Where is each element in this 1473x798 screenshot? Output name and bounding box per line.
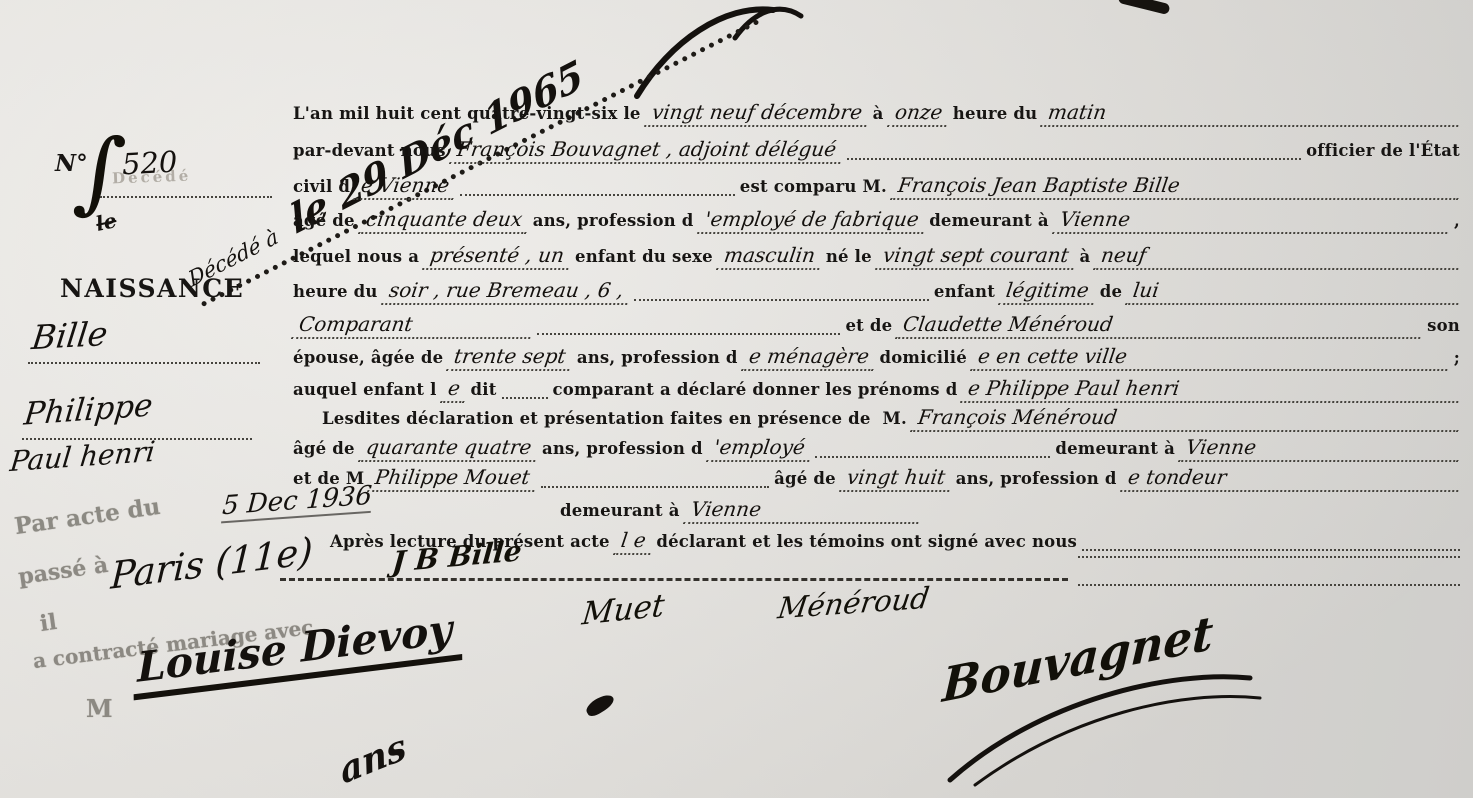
blank-fill xyxy=(541,472,769,488)
printed-text: son xyxy=(1427,316,1460,335)
act-line-5: lequel nous a présenté , un enfant du se… xyxy=(293,243,1460,270)
entry-witness1-age: quarante quatre xyxy=(358,435,539,462)
act-line-13: demeurant à Vienne xyxy=(560,497,920,524)
printed-text: et de M xyxy=(293,469,364,488)
printed-text: enfant xyxy=(934,282,995,301)
act-line-9: auquel enfant l e dit comparant a déclar… xyxy=(293,376,1460,403)
printed-text: civil d xyxy=(293,177,350,196)
printed-text: Lesdites déclaration et présentation fai… xyxy=(322,409,907,428)
act-line-12: et de M Philippe Mouet âgé de vingt huit… xyxy=(293,465,1460,492)
printed-text: âgé de xyxy=(774,469,836,488)
printed-text: auquel enfant l xyxy=(293,380,437,399)
printed-text: comparant a déclaré donner les prénoms d xyxy=(553,380,958,399)
margin-given-name-1: Philippe xyxy=(22,387,154,432)
printed-text: ans, profession d xyxy=(577,348,738,367)
printed-text: enfant du sexe xyxy=(575,247,713,266)
marriage-place: Paris (11e) xyxy=(110,529,314,597)
act-line-1: L'an mil huit cent quatre-vingt-six le v… xyxy=(293,100,1460,127)
margin-surname: Bille xyxy=(30,314,110,357)
printed-text: heure du xyxy=(293,282,378,301)
entry-mother-residence: e en cette ville xyxy=(970,344,1451,371)
entry-date-of-act: vingt neuf décembre xyxy=(644,100,870,127)
printed-text: ans, profession d xyxy=(533,211,694,230)
signature-flourish xyxy=(920,660,1280,790)
entry-witness2-name: Philippe Mouet xyxy=(367,465,537,492)
act-line-3: civil d e Vienne est comparu M. François… xyxy=(293,173,1460,200)
printed-text: dit xyxy=(471,380,497,399)
act-line-7: Comparant et de Claudette Ménéroud son xyxy=(293,312,1460,339)
entry-legitimacy: légitime xyxy=(998,278,1096,305)
signature-rule xyxy=(280,578,1068,581)
printed-text: déclarant et les témoins ont signé avec … xyxy=(656,532,1077,551)
printed-text: demeurant à xyxy=(929,211,1049,230)
ink-blot-bottom xyxy=(584,691,617,719)
blank-line-right-1 xyxy=(1078,556,1460,558)
entry-birth-hour: neuf xyxy=(1093,243,1461,270)
printed-text: à xyxy=(1079,247,1090,266)
marriage-stamp-line-1: Par acte du xyxy=(13,493,162,540)
record-number-value: 520 xyxy=(121,145,178,182)
entry-witness2-residence: Vienne xyxy=(683,497,922,524)
act-line-11: âgé de quarante quatre ans, profession d… xyxy=(293,435,1460,462)
act-line-6: heure du soir , rue Bremeau , 6 , enfant… xyxy=(293,278,1460,305)
blank-fill xyxy=(847,144,1301,160)
printed-text: demeurant à xyxy=(1055,439,1175,458)
entry-witness1-name: François Ménéroud xyxy=(910,405,1462,432)
act-line-10: Lesdites déclaration et présentation fai… xyxy=(322,405,1460,432)
record-number-underline xyxy=(100,196,272,198)
printed-text: L'an mil huit cent quatre-vingt-six le xyxy=(293,104,641,123)
entry-commune: e Vienne xyxy=(353,173,457,200)
act-line-2: par-devant nous François Bouvagnet , adj… xyxy=(293,137,1460,164)
marriage-stamp-line-3: il xyxy=(38,609,58,637)
blank-fill xyxy=(634,285,929,301)
margin-given-name-2: Paul henri xyxy=(8,435,156,478)
margin-surname-underline xyxy=(28,362,260,364)
marriage-stamp-line-5: M xyxy=(86,694,113,723)
printed-text: domicilié xyxy=(879,348,966,367)
entry-mother-age: trente sept xyxy=(446,344,573,371)
printed-text: de xyxy=(1100,282,1122,301)
blank-line-right-2 xyxy=(1078,584,1460,586)
entry-article: e xyxy=(440,376,468,403)
blank-fill xyxy=(502,383,548,399)
act-line-8: épouse, âgée de trente sept ans, profess… xyxy=(293,344,1460,371)
entry-mother-profession: e ménagère xyxy=(741,344,877,371)
entry-of-him: lui xyxy=(1125,278,1462,305)
entry-declarant-age: cinquante deux xyxy=(358,207,530,234)
entry-meridiem: matin xyxy=(1040,100,1461,127)
printed-text: , xyxy=(1454,211,1460,230)
printed-text: est comparu M. xyxy=(740,177,887,196)
entry-presented: présenté , un xyxy=(422,243,572,270)
entry-witness2-age: vingt huit xyxy=(839,465,953,492)
printed-text: ans, profession d xyxy=(542,439,703,458)
entry-declarant-residence: Vienne xyxy=(1052,207,1451,234)
printed-text: âgé de xyxy=(293,439,355,458)
printed-text: né le xyxy=(826,247,872,266)
entry-article-2: l e xyxy=(613,528,653,555)
signature-witness-2: Ménéroud xyxy=(776,581,932,626)
entry-birth-address: soir , rue Bremeau , 6 , xyxy=(381,278,631,305)
entry-birth-day: vingt sept courant xyxy=(875,243,1076,270)
printed-text: à xyxy=(873,104,884,123)
printed-text: lequel nous a xyxy=(293,247,419,266)
entry-officer-name: François Bouvagnet , adjoint délégué xyxy=(449,137,844,164)
printed-text: officier de l'État xyxy=(1306,141,1460,160)
printed-text: ans, profession d xyxy=(956,469,1117,488)
act-line-4: âgé de cinquante deux ans, profession d … xyxy=(293,207,1460,234)
ink-blot-top-right xyxy=(1117,0,1170,15)
entry-declarant-profession: 'employé de fabrique xyxy=(697,207,926,234)
entry-child-sex: masculin xyxy=(716,243,823,270)
printed-text: et de xyxy=(845,316,892,335)
printed-text: âgé de xyxy=(293,211,355,230)
cutoff-handwriting-fragment: ans xyxy=(336,725,410,793)
signature-witness-1: Muet xyxy=(580,587,666,632)
printed-text: ; xyxy=(1454,348,1460,367)
entry-witness1-profession: 'employé xyxy=(706,435,812,462)
blank-fill xyxy=(460,180,735,196)
blank-fill xyxy=(815,442,1050,458)
printed-text: heure du xyxy=(953,104,1038,123)
printed-text: épouse, âgée de xyxy=(293,348,443,367)
entry-child-given-names: e Philippe Paul henri xyxy=(961,376,1462,403)
blank-fill xyxy=(537,319,840,335)
entry-mother-name: Claudette Ménéroud xyxy=(895,312,1424,339)
entry-witness1-residence: Vienne xyxy=(1178,435,1462,462)
entry-comparant: Comparant xyxy=(291,312,534,339)
printed-text: par-devant nous xyxy=(293,141,446,160)
entry-hour: onze xyxy=(887,100,950,127)
printed-text: demeurant à xyxy=(560,501,680,520)
section-title-naissance: NAISSANCE xyxy=(60,274,244,303)
blank-fill xyxy=(1082,535,1460,551)
marriage-stamp-line-2: passé à xyxy=(17,552,110,590)
entry-declarant-name: François Jean Baptiste Bille xyxy=(890,173,1462,200)
entry-witness2-profession: e tondeur xyxy=(1120,465,1462,492)
